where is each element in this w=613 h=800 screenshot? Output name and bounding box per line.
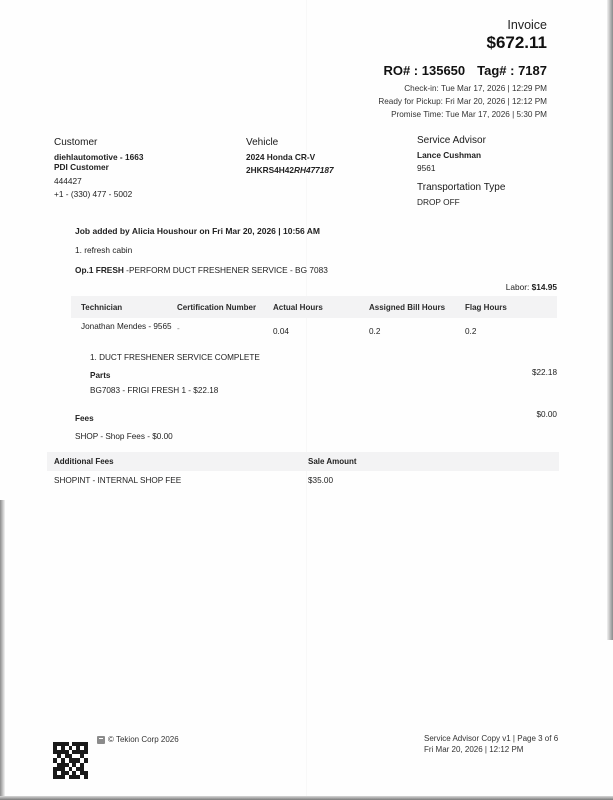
parts-line-item: BG7083 - FRIGI FRESH 1 - $22.18 (90, 386, 218, 395)
additional-fees-table: Additional Fees Sale Amount SHOPINT - IN… (47, 452, 559, 490)
actual-hours: 0.04 (273, 322, 369, 344)
page-fold (306, 0, 307, 800)
op-code: Op.1 FRESH (75, 265, 124, 275)
scan-edge-right (607, 0, 613, 640)
flag-hours: 0.2 (465, 322, 557, 344)
vin-suffix: RH477187 (294, 165, 334, 175)
tekion-logo-icon (97, 736, 105, 744)
additional-fee-description: SHOPINT - INTERNAL SHOP FEE (47, 476, 308, 485)
customer-id: 444427 (54, 175, 143, 188)
invoice-page: Invoice $672.11 RO# : 135650Tag# : 7187 … (0, 0, 613, 800)
scan-edge-bottom (0, 796, 613, 800)
col-sale-amount: Sale Amount (308, 457, 508, 466)
job-correction: 1. DUCT FRESHENER SERVICE COMPLETE (90, 353, 260, 362)
technician-name: Jonathan Mendes - 9565 (71, 322, 177, 344)
col-additional-fees: Additional Fees (47, 457, 308, 466)
op-description: -PERFORM DUCT FRESHENER SERVICE - BG 708… (124, 265, 328, 275)
labor-label: Labor: (506, 282, 530, 292)
customer-phone: +1 - (330) 477 - 5002 (54, 188, 143, 201)
technician-table: Technician Certification Number Actual H… (71, 296, 557, 344)
parts-total: $22.18 (532, 368, 557, 377)
job-added-by: Job added by Alicia Houshour on Fri Mar … (75, 226, 557, 236)
promise-time: Promise Time: Tue Mar 17, 2026 | 5:30 PM (378, 108, 547, 121)
service-advisor-id: 9561 (417, 162, 486, 175)
invoice-header: Invoice $672.11 RO# : 135650Tag# : 7187 … (378, 18, 547, 121)
vin-prefix: 2HKRS4H42 (246, 165, 294, 175)
additional-fee-amount: $35.00 (308, 476, 508, 485)
job-operation: Op.1 FRESH -PERFORM DUCT FRESHENER SERVI… (75, 265, 557, 275)
vehicle-title: Vehicle (246, 137, 334, 150)
transportation-block: Transportation Type DROP OFF (417, 182, 505, 208)
ready-for-pickup-time: Ready for Pickup: Fri Mar 20, 2026 | 12:… (378, 95, 547, 108)
copy-page-info: Service Advisor Copy v1 | Page 3 of 6 (424, 734, 558, 745)
col-assigned-bill-hours: Assigned Bill Hours (369, 303, 465, 312)
qr-code-icon (53, 742, 88, 779)
invoice-dates: Check-in: Tue Mar 17, 2026 | 12:29 PM Re… (378, 82, 547, 121)
table-row: Jonathan Mendes - 9565 - 0.04 0.2 0.2 (71, 318, 557, 344)
vehicle-vin: 2HKRS4H42RH477187 (246, 164, 334, 177)
job-concern: 1. refresh cabin (75, 245, 557, 255)
footer-copyright: © Tekion Corp 2026 (97, 735, 179, 744)
customer-title: Customer (54, 137, 143, 150)
scan-edge-left (0, 500, 5, 800)
col-certification: Certification Number (177, 303, 273, 312)
check-in-time: Check-in: Tue Mar 17, 2026 | 12:29 PM (378, 82, 547, 95)
printed-time: Fri Mar 20, 2026 | 12:12 PM (424, 745, 558, 756)
customer-block: Customer diehlautomotive - 1663 PDI Cust… (54, 137, 143, 201)
job-section: Job added by Alicia Houshour on Fri Mar … (75, 226, 557, 292)
vehicle-description: 2024 Honda CR-V (246, 151, 334, 164)
footer-page-info: Service Advisor Copy v1 | Page 3 of 6 Fr… (424, 734, 558, 755)
labor-total: Labor: $14.95 (75, 282, 557, 292)
fees-label: Fees (75, 414, 94, 423)
transportation-title: Transportation Type (417, 182, 505, 195)
service-advisor-block: Service Advisor Lance Cushman 9561 (417, 135, 486, 175)
labor-value: $14.95 (532, 282, 557, 292)
table-row: SHOPINT - INTERNAL SHOP FEE $35.00 (47, 471, 559, 490)
fees-total: $0.00 (537, 410, 558, 419)
service-advisor-name: Lance Cushman (417, 149, 486, 162)
additional-fees-header: Additional Fees Sale Amount (47, 452, 559, 471)
col-flag-hours: Flag Hours (465, 303, 557, 312)
copyright-text: © Tekion Corp 2026 (108, 735, 179, 744)
fees-line-item: SHOP - Shop Fees - $0.00 (75, 432, 173, 441)
parts-label: Parts (90, 371, 110, 380)
assigned-bill-hours: 0.2 (369, 322, 465, 344)
document-label: Invoice (378, 18, 547, 32)
technician-table-header: Technician Certification Number Actual H… (71, 296, 557, 318)
certification-number: - (177, 322, 273, 344)
service-advisor-title: Service Advisor (417, 135, 486, 148)
tag-number: Tag# : 7187 (477, 63, 547, 78)
ro-tag-line: RO# : 135650Tag# : 7187 (378, 63, 547, 78)
col-technician: Technician (71, 303, 177, 312)
transportation-value: DROP OFF (417, 196, 505, 209)
col-actual-hours: Actual Hours (273, 303, 369, 312)
vehicle-block: Vehicle 2024 Honda CR-V 2HKRS4H42RH47718… (246, 137, 334, 177)
ro-number: RO# : 135650 (383, 63, 465, 78)
invoice-total: $672.11 (378, 33, 547, 53)
